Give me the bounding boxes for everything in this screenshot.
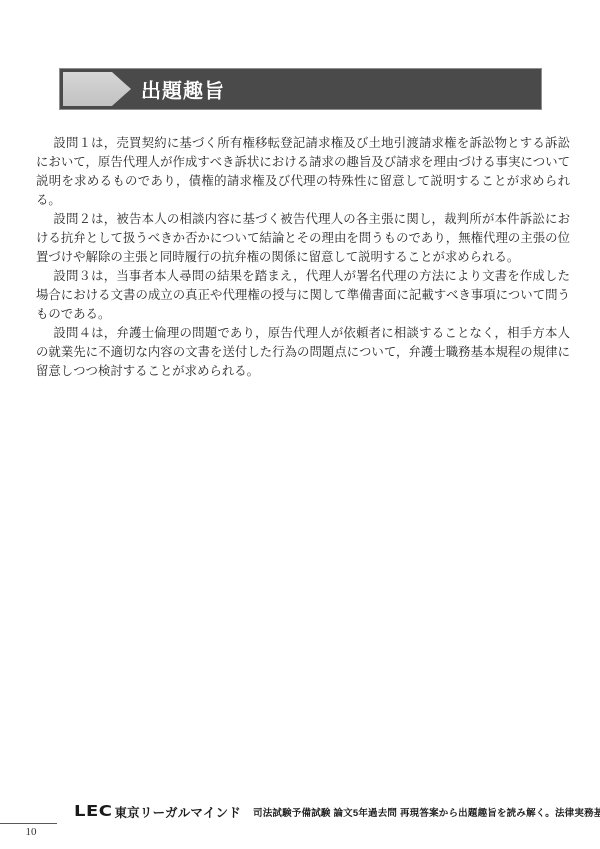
paragraph-question-2: 設問２は，被告本人の相談内容に基づく被告代理人の各主張に関し，裁判所が本件訴訟に… [36,210,570,267]
paragraph-question-4: 設問４は，弁護士倫理の問題であり，原告代理人が依頼者に相談することなく，相手方本… [36,324,570,381]
body-text: 設問１は，売買契約に基づく所有権移転登記請求権及び土地引渡請求権を訴訟物とする訴… [36,134,570,381]
document-page: 出題趣旨 設問１は，売買契約に基づく所有権移転登記請求権及び土地引渡請求権を訴訟… [0,0,600,849]
footer: LEC 東京リーガルマインド 司法試験予備試験 論文5年過去問 再現答案から出題… [74,801,600,823]
paragraph-question-1: 設問１は，売買契約に基づく所有権移転登記請求権及び土地引渡請求権を訴訟物とする訴… [36,134,570,210]
section-banner: 出題趣旨 [59,68,542,110]
lec-logo: LEC [74,805,112,820]
arrow-right-icon [63,72,131,106]
publisher-name: 東京リーガルマインド [114,803,241,821]
page-number: 10 [0,826,62,838]
paragraph-question-3: 設問３は，当事者本人尋問の結果を踏まえ，代理人が署名代理の方法により文書を作成し… [36,267,570,324]
book-title: 司法試験予備試験 論文5年過去問 再現答案から出題趣旨を読み解く。法律実務基礎科… [253,805,600,819]
page-number-rule [0,823,57,824]
section-title: 出題趣旨 [141,75,225,104]
